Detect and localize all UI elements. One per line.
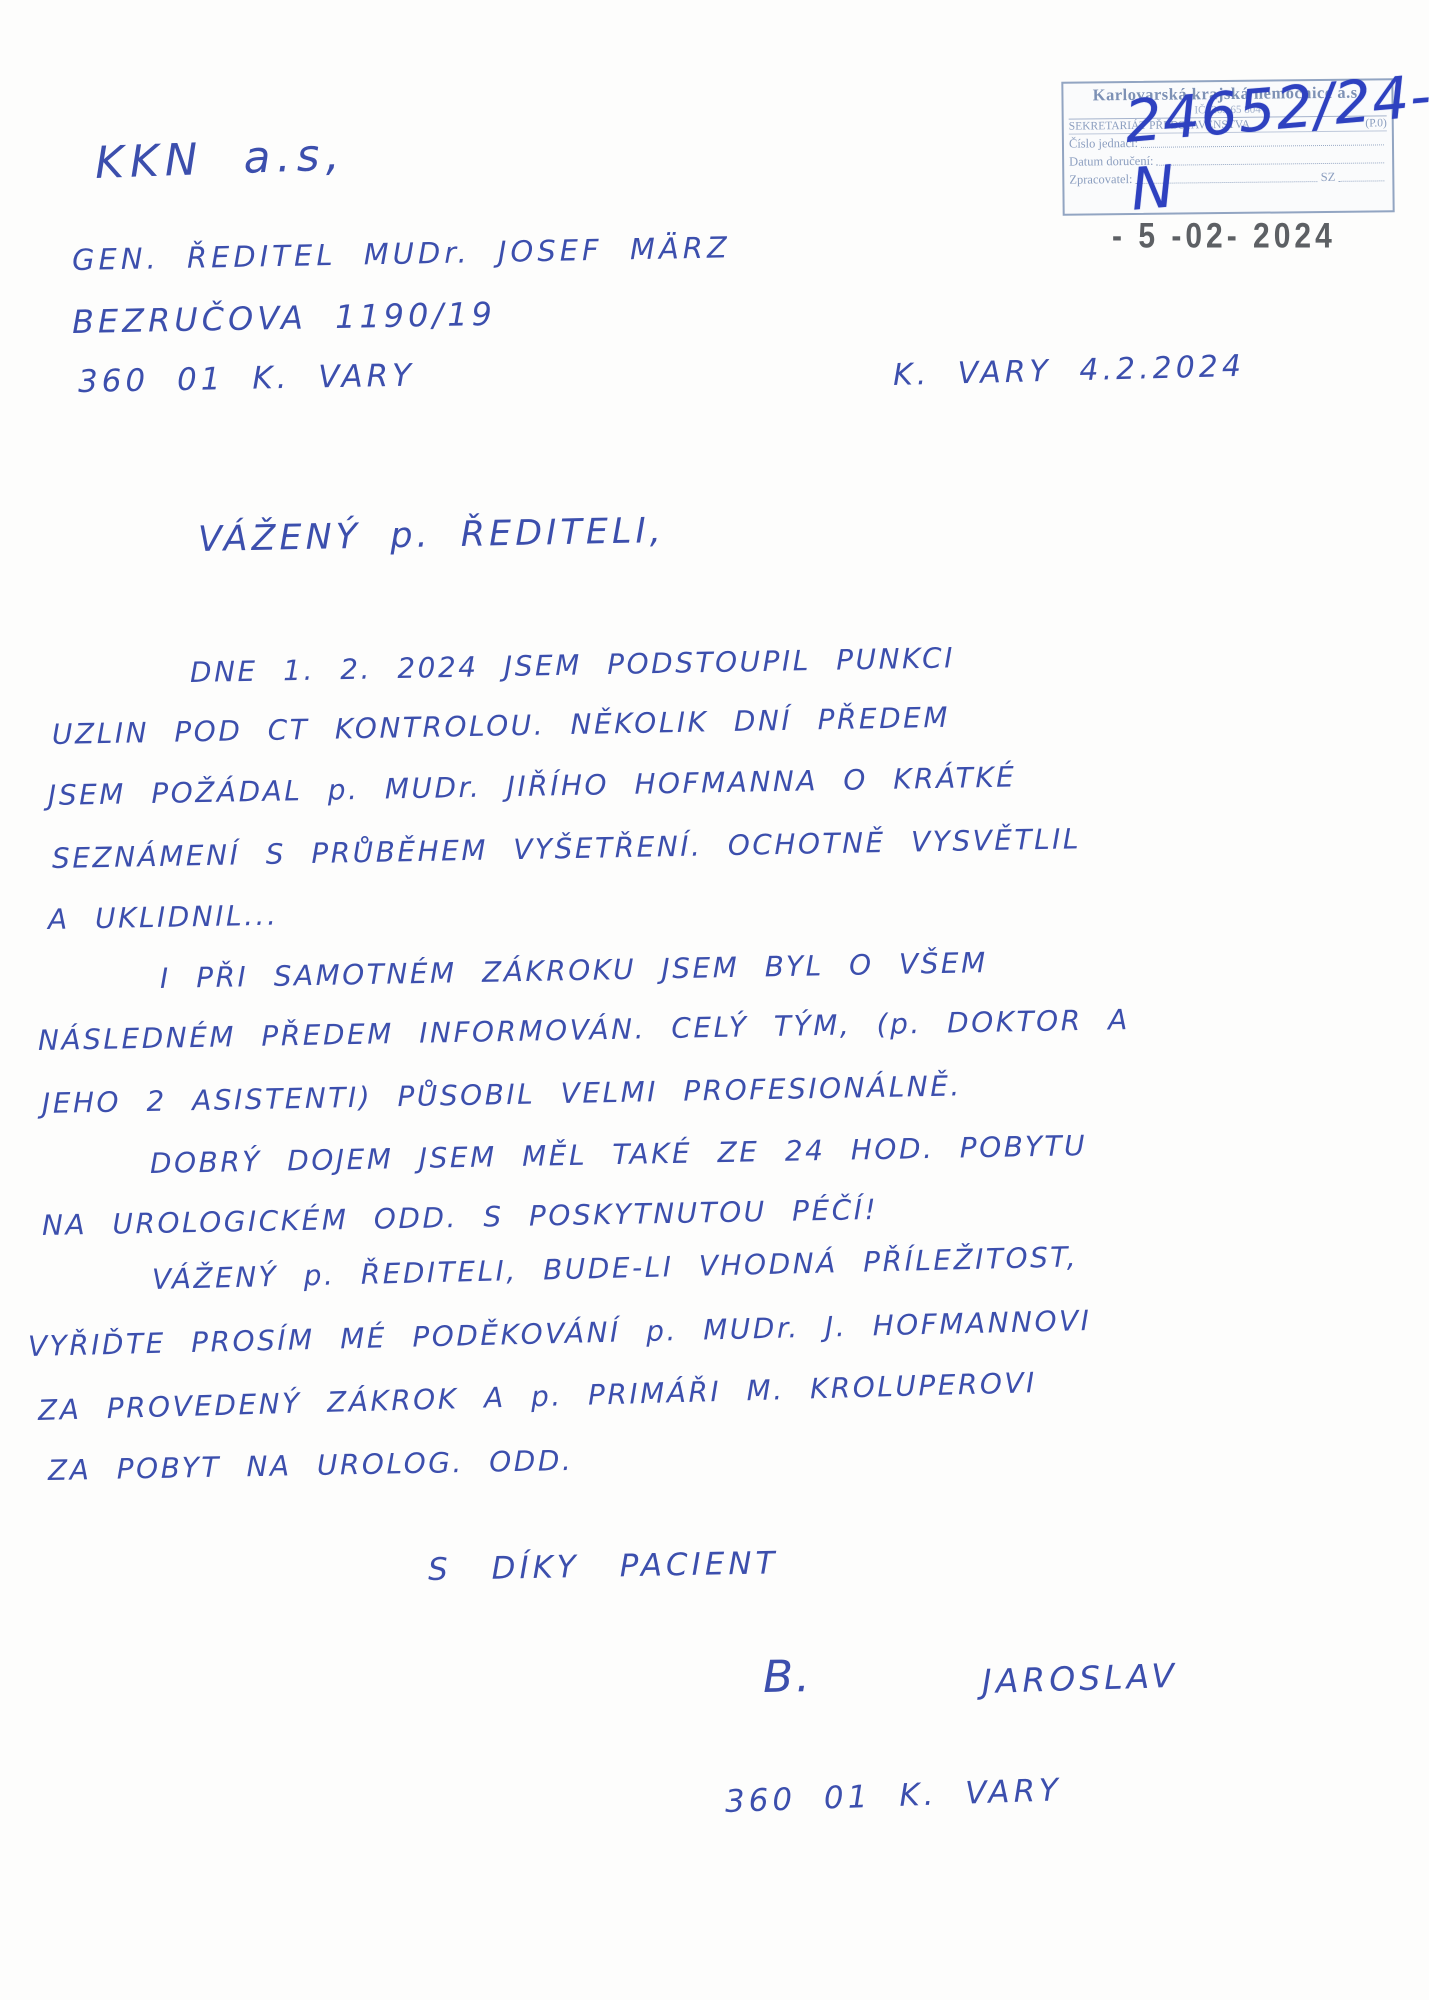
signature-initial: B. <box>763 1651 813 1703</box>
recipient-line-director: GEN. ŘEDITEL MUDr. JOSEF MÄRZ <box>72 230 731 277</box>
letter-salutation: VÁŽENÝ p. ŘEDITELI, <box>198 511 666 560</box>
signature-address: 360 01 K. VARY <box>724 1772 1062 1820</box>
received-date-stamp: - 5 -02- 2024 <box>1112 217 1336 257</box>
stamp-field-label: Zpracovatel: <box>1069 172 1132 188</box>
letter-closing: S DÍKY PACIENT <box>428 1545 779 1588</box>
letter-body-line: UZLIN POD CT KONTROLOU. NĚKOLIK DNÍ PŘED… <box>52 701 951 751</box>
recipient-line-company: KKN a.s, <box>94 129 346 189</box>
letter-body-line: DOBRÝ DOJEM JSEM MĚL TAKÉ ZE 24 HOD. POB… <box>150 1129 1088 1180</box>
letter-body-line: ZA PROVEDENÝ ZÁKROK A p. PRIMÁŘI M. KROL… <box>38 1366 1038 1427</box>
letter-dateline: K. VARY 4.2.2024 <box>893 349 1246 393</box>
letter-body-line: SEZNÁMENÍ S PRŮBĚHEM VYŠETŘENÍ. OCHOTNĚ … <box>52 822 1082 875</box>
signature-name: JAROSLAV <box>981 1656 1178 1701</box>
letter-body-line: DNE 1. 2. 2024 JSEM PODSTOUPIL PUNKCI <box>190 641 956 689</box>
recipient-line-city: 360 01 K. VARY <box>78 358 416 400</box>
letter-body-line: NÁSLEDNÉM PŘEDEM INFORMOVÁN. CELÝ TÝM, (… <box>38 1003 1130 1057</box>
letter-body-line: A UKLIDNIL... <box>48 899 279 936</box>
handwritten-reference-number: 24652/24-N <box>1122 61 1429 223</box>
letter-body-line: VYŘIĎTE PROSÍM MÉ PODĚKOVÁNÍ p. MUDr. J.… <box>28 1304 1092 1363</box>
letter-body-line: JSEM POŽÁDAL p. MUDr. JIŘÍHO HOFMANNA O … <box>48 760 1017 812</box>
letter-body-line: VÁŽENÝ p. ŘEDITELI, BUDE-LI VHODNÁ PŘÍLE… <box>152 1240 1079 1296</box>
letter-body-line: NA UROLOGICKÉM ODD. S POSKYTNUTOU PÉČÍ! <box>42 1193 879 1242</box>
letter-body-line: JEHO 2 ASISTENTI) PŮSOBIL VELMI PROFESIO… <box>42 1069 962 1120</box>
letter-body-line: ZA POBYT NA UROLOG. ODD. <box>48 1444 574 1487</box>
letter-body-line: I PŘI SAMOTNÉM ZÁKROKU JSEM BYL O VŠEM <box>160 946 988 995</box>
scanned-letter-page: Karlovarská krajská nemocnice a.s. IČ: 2… <box>0 0 1429 2000</box>
recipient-line-street: BEZRUČOVA 1190/19 <box>72 295 497 341</box>
